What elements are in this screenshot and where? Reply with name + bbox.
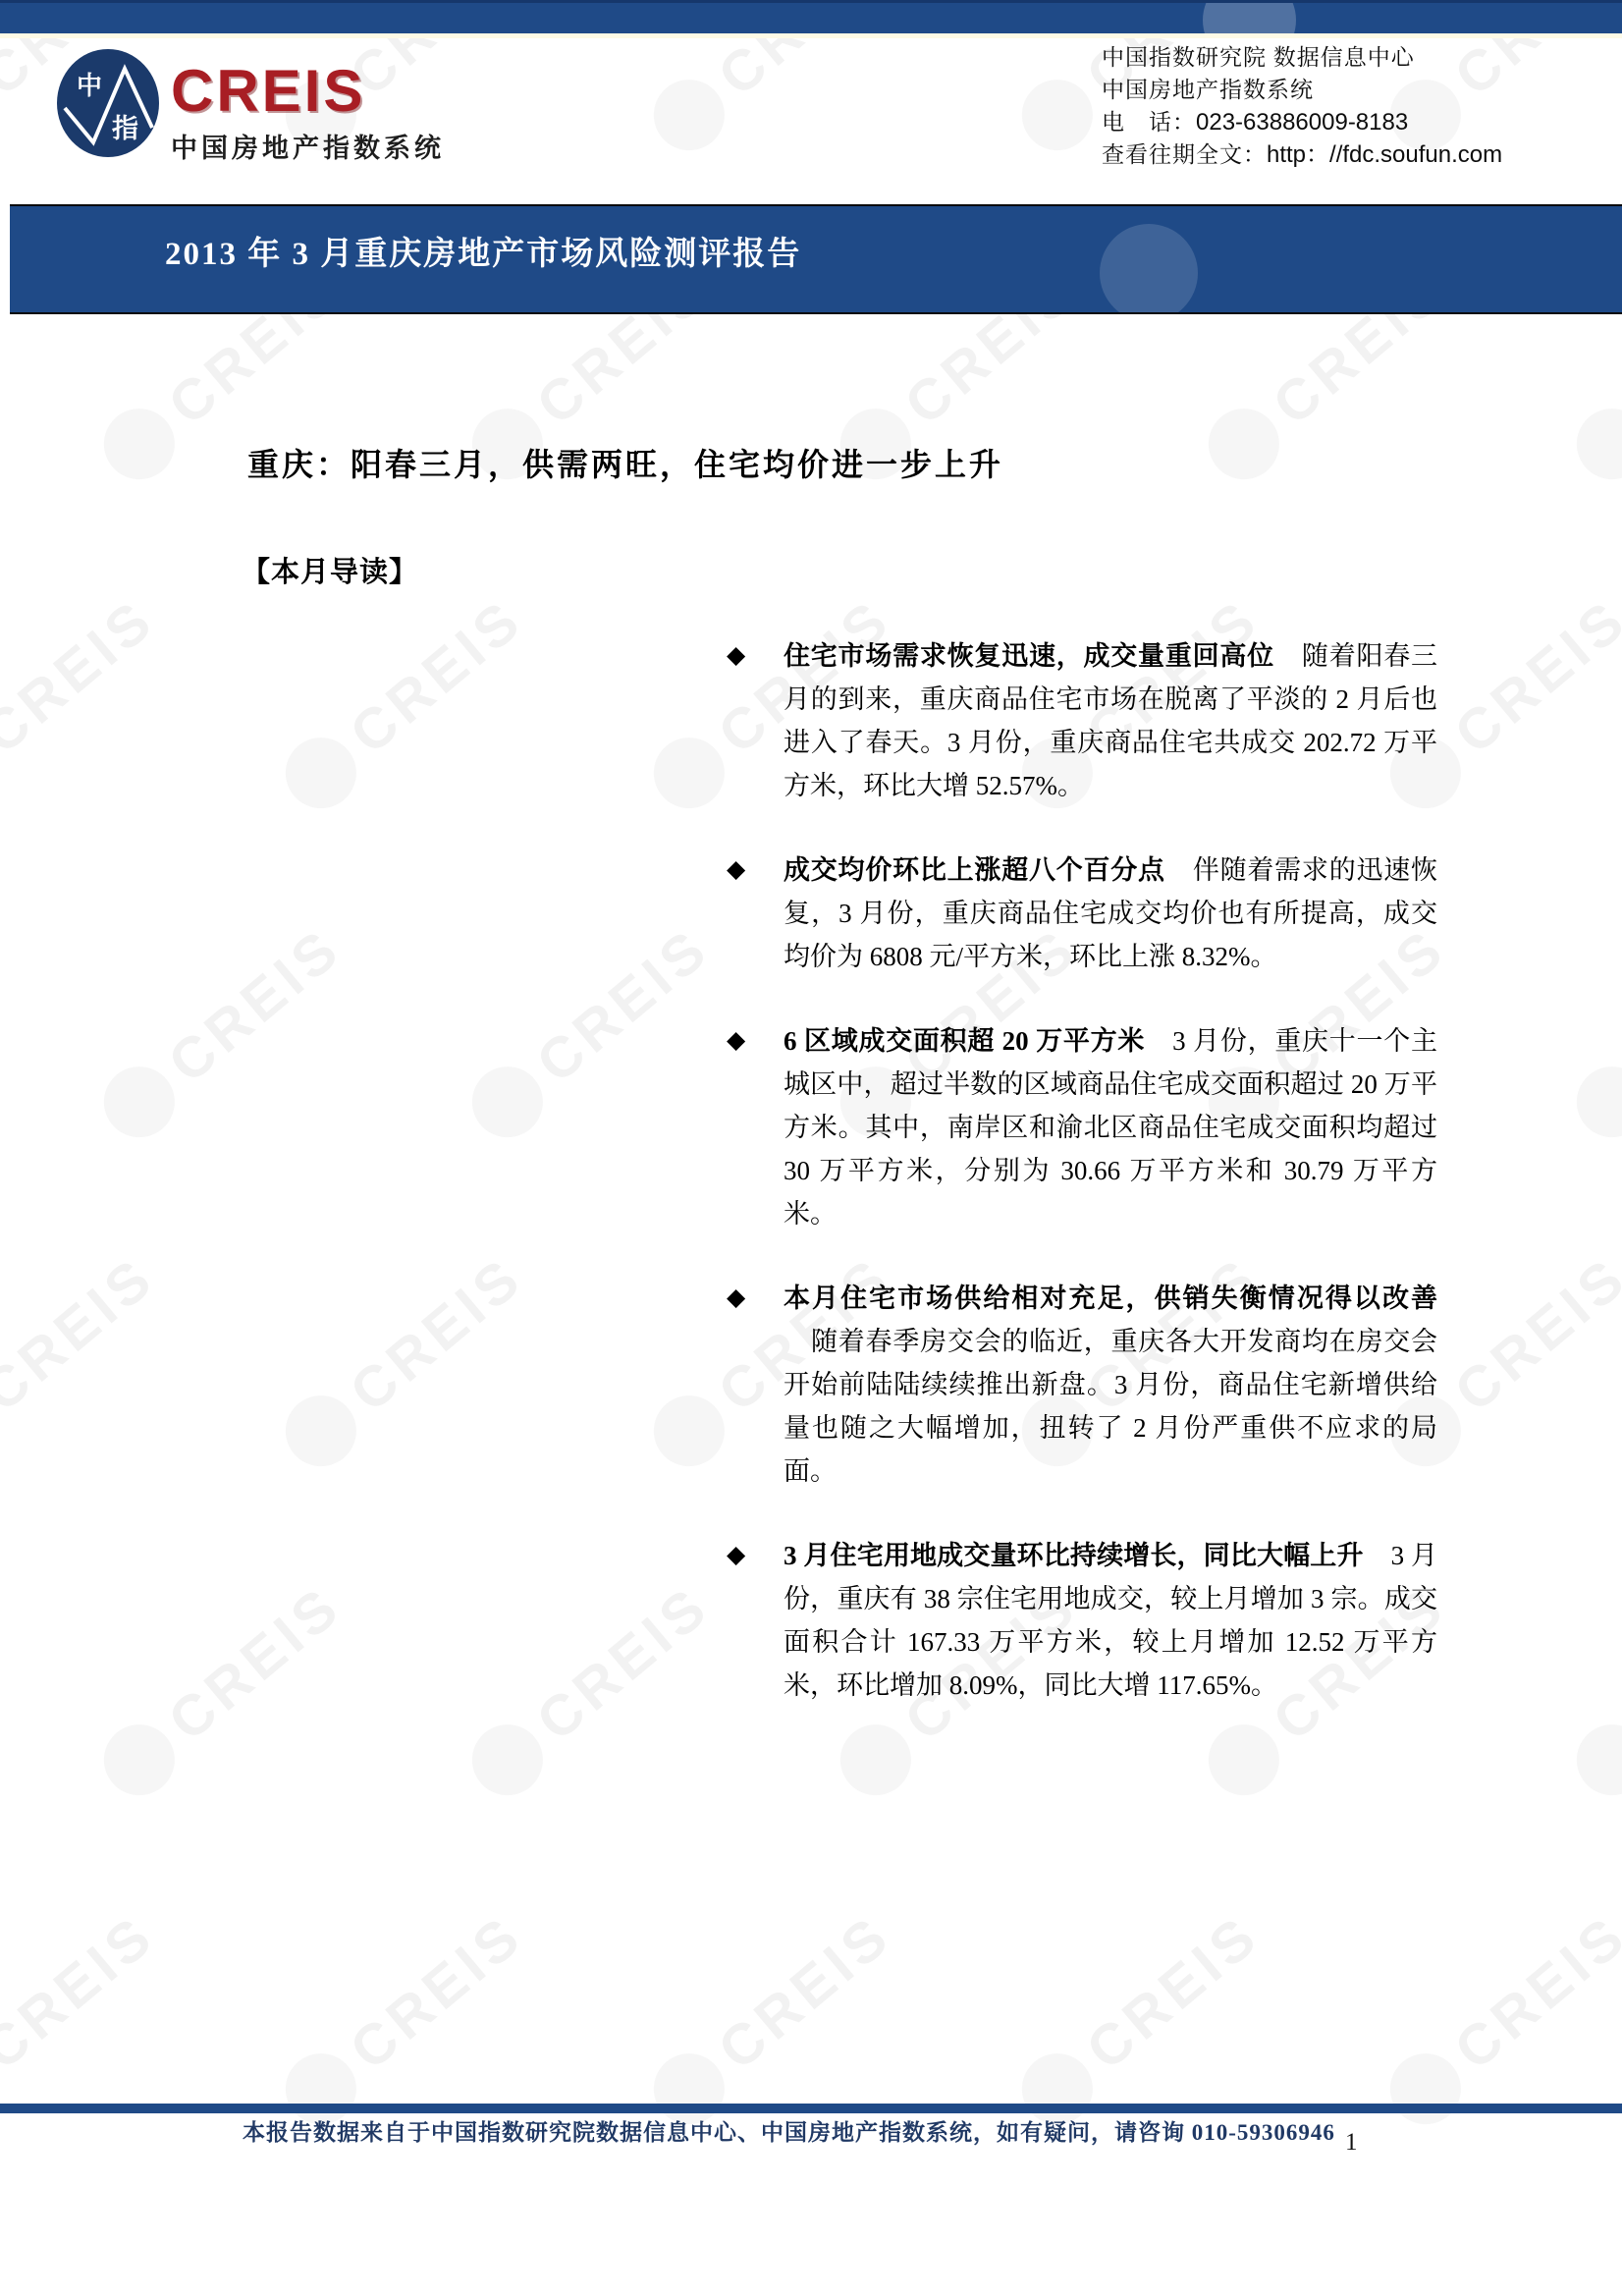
watermark-text: CREIS <box>1442 1901 1622 2083</box>
page-number: 1 <box>1345 2129 1358 2157</box>
contact-archive-line: 查看往期全文：http：//fdc.soufun.com <box>1102 138 1502 171</box>
brand-text: CREIS 中国房地产指数系统 <box>171 47 445 165</box>
watermark-circle-icon <box>271 723 370 822</box>
top-bar-circle-watermark <box>1203 0 1296 33</box>
watermark-circle-icon <box>458 1052 557 1151</box>
watermark-circle-icon <box>89 394 189 493</box>
highlight-lead: 本月住宅市场供给相对充足，供销失衡情况得以改善 <box>784 1284 1437 1313</box>
highlight-body: 随着春季房交会的临近，重庆各大开发商均在房交会开始前陆陆续续推出新盘。3 月份，… <box>784 1327 1437 1486</box>
highlight-item: ◆ 6 区域成交面积超 20 万平方米3 月份，重庆十一个主城区中，超过半数的区… <box>727 1019 1437 1235</box>
watermark-tile: CREIS <box>1562 1570 1622 1810</box>
watermark-circle-icon <box>0 1381 3 1480</box>
brand-tagline: 中国房地产指数系统 <box>171 127 445 165</box>
footer-divider-bar <box>0 2104 1622 2113</box>
footer-note: 本报告数据来自于中国指数研究院数据信息中心、中国房地产指数系统，如有疑问，请咨询… <box>243 2114 1335 2147</box>
archive-url[interactable]: http：//fdc.soufun.com <box>1267 141 1502 168</box>
highlights-list: ◆ 住宅市场需求恢复迅速，成交量重回高位随着阳春三月的到来，重庆商品住宅市场在脱… <box>727 634 1437 1748</box>
watermark-circle-icon <box>639 65 738 164</box>
report-page: CREISCREISCREISCREISCREISCREISCREISCREIS… <box>0 0 1622 2296</box>
highlight-lead: 6 区域成交面积超 20 万平方米 <box>784 1026 1145 1056</box>
diamond-bullet-icon: ◆ <box>727 634 784 678</box>
diamond-bullet-icon: ◆ <box>727 848 784 892</box>
phone-number: 023-63886009-8183 <box>1196 109 1408 136</box>
watermark-text: CREIS <box>338 585 536 767</box>
watermark-text: CREIS <box>338 1901 536 2083</box>
watermark-text: CREIS <box>156 1572 354 1754</box>
highlight-body: 3 月份，重庆十一个主城区中，超过半数的区域商品住宅成交面积超过 20 万平方米… <box>784 1026 1437 1229</box>
section-label: 【本月导读】 <box>242 550 418 590</box>
highlight-text: 3 月住宅用地成交量环比持续增长，同比大幅上升3 月份，重庆有 38 宗住宅用地… <box>784 1534 1437 1707</box>
watermark-tile: CREIS <box>271 583 537 823</box>
highlight-item: ◆ 3 月住宅用地成交量环比持续增长，同比大幅上升3 月份，重庆有 38 宗住宅… <box>727 1534 1437 1707</box>
watermark-circle-icon <box>89 1710 189 1809</box>
creis-logo-circle-icon: 中 指 <box>55 47 161 159</box>
watermark-text: CREIS <box>524 1572 723 1754</box>
watermark-text: CREIS <box>1442 1243 1622 1425</box>
contact-phone-line: 电 话：023-63886009-8183 <box>1102 106 1502 138</box>
watermark-circle-icon <box>1194 394 1293 493</box>
watermark-circle-icon <box>0 723 3 822</box>
diamond-bullet-icon: ◆ <box>727 1534 784 1577</box>
highlight-item: ◆ 成交均价环比上涨超八个百分点伴随着需求的迅速恢复，3 月份，重庆商品住宅成交… <box>727 848 1437 978</box>
highlight-lead: 3 月住宅用地成交量环比持续增长，同比大幅上升 <box>784 1541 1364 1570</box>
watermark-text: CREIS <box>706 1901 904 2083</box>
report-band-title: 2013 年 3 月重庆房地产市场风险测评报告 <box>165 228 801 274</box>
watermark-tile: CREIS <box>0 583 169 823</box>
archive-label: 查看往期全文： <box>1102 142 1267 167</box>
band-circle-watermark <box>1100 224 1198 314</box>
watermark-circle-icon <box>0 65 3 164</box>
watermark-text: CREIS <box>0 1901 167 2083</box>
watermark-circle-icon <box>1007 65 1107 164</box>
highlight-text: 本月住宅市场供给相对充足，供销失衡情况得以改善随着春季房交会的临近，重庆各大开发… <box>784 1277 1437 1493</box>
watermark-circle-icon <box>271 1381 370 1480</box>
watermark-tile: CREIS <box>1562 912 1622 1152</box>
highlight-text: 成交均价环比上涨超八个百分点伴随着需求的迅速恢复，3 月份，重庆商品住宅成交均价… <box>784 848 1437 978</box>
watermark-text: CREIS <box>338 1243 536 1425</box>
watermark-text: CREIS <box>0 585 167 767</box>
watermark-circle-icon <box>1562 1710 1622 1809</box>
diamond-bullet-icon: ◆ <box>727 1277 784 1320</box>
highlight-lead: 成交均价环比上涨超八个百分点 <box>784 855 1165 885</box>
watermark-circle-icon <box>89 1052 189 1151</box>
watermark-circle-icon <box>0 2039 3 2138</box>
logo-char-zhong: 中 <box>77 72 102 100</box>
contact-info: 中国指数研究院 数据信息中心 中国房地产指数系统 电 话：023-6388600… <box>1102 41 1502 171</box>
watermark-circle-icon <box>1562 394 1622 493</box>
brand-logo: 中 指 CREIS 中国房地产指数系统 <box>55 47 445 165</box>
phone-label: 电 话： <box>1102 110 1196 135</box>
watermark-circle-icon <box>1376 2039 1475 2138</box>
brand-acronym: CREIS <box>171 65 445 118</box>
contact-system-line: 中国房地产指数系统 <box>1102 74 1502 106</box>
watermark-text: CREIS <box>156 914 354 1096</box>
watermark-tile: CREIS <box>458 912 724 1152</box>
report-title-band: 2013 年 3 月重庆房地产市场风险测评报告 <box>10 204 1622 314</box>
watermark-circle-icon <box>458 1710 557 1809</box>
highlight-lead: 住宅市场需求恢复迅速，成交量重回高位 <box>784 641 1274 671</box>
watermark-tile: CREIS <box>0 1241 169 1481</box>
diamond-bullet-icon: ◆ <box>727 1019 784 1063</box>
top-bar-accent-line <box>0 33 1622 38</box>
watermark-tile: CREIS <box>89 1570 355 1810</box>
watermark-tile: CREIS <box>271 1241 537 1481</box>
article-title: 重庆：阳春三月，供需两旺，住宅均价进一步上升 <box>247 440 1003 485</box>
watermark-circle-icon <box>1562 1052 1622 1151</box>
watermark-text: CREIS <box>1442 585 1622 767</box>
highlight-text: 6 区域成交面积超 20 万平方米3 月份，重庆十一个主城区中，超过半数的区域商… <box>784 1019 1437 1235</box>
highlight-item: ◆ 本月住宅市场供给相对充足，供销失衡情况得以改善随着春季房交会的临近，重庆各大… <box>727 1277 1437 1493</box>
highlight-item: ◆ 住宅市场需求恢复迅速，成交量重回高位随着阳春三月的到来，重庆商品住宅市场在脱… <box>727 634 1437 807</box>
watermark-text: CREIS <box>1074 1901 1272 2083</box>
watermark-text: CREIS <box>524 914 723 1096</box>
watermark-circle-icon <box>639 1381 738 1480</box>
logo-char-zhi: 指 <box>112 114 138 143</box>
contact-org-line: 中国指数研究院 数据信息中心 <box>1102 41 1502 74</box>
top-bar <box>0 0 1622 33</box>
watermark-tile: CREIS <box>458 1570 724 1810</box>
highlight-text: 住宅市场需求恢复迅速，成交量重回高位随着阳春三月的到来，重庆商品住宅市场在脱离了… <box>784 634 1437 807</box>
watermark-circle-icon <box>639 723 738 822</box>
watermark-text: CREIS <box>0 1243 167 1425</box>
watermark-tile: CREIS <box>89 912 355 1152</box>
